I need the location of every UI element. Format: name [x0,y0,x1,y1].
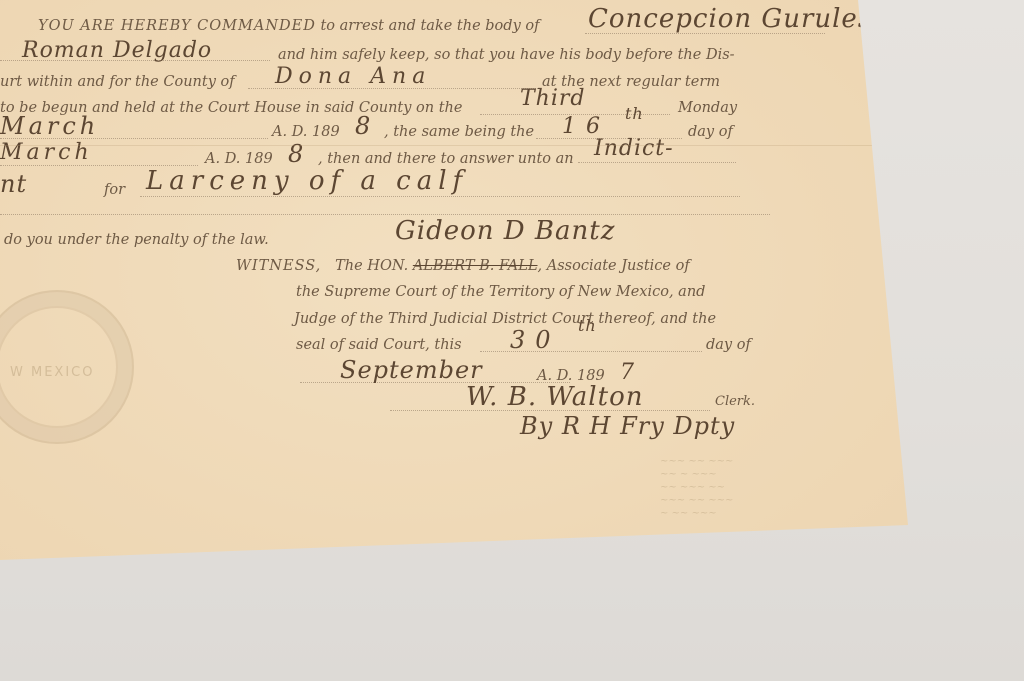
printed-line-3a: urt within and for the County of [0,74,235,90]
judge-signature: Gideon D Bantz [395,216,615,246]
hon-label: The HON. [335,258,408,274]
witness-day: 30 [510,326,561,354]
deputy-signature: By R H Fry Dpty [520,412,735,440]
fill-line [0,214,770,215]
indictment-end: nt [0,170,27,198]
clerk-label: Clerk. [715,394,755,409]
fill-line [140,196,740,197]
fill-line [578,162,736,163]
printed-line-7b: for [104,182,125,198]
struck-justice-name: ALBERT B. FALL [413,258,538,274]
printed-line-6b: , then and there to answer unto an [318,151,574,167]
command-phrase: YOU ARE HEREBY COMMANDED [38,18,316,34]
day-1-suffix: th [625,104,644,123]
witness-line-4a: seal of said Court, this [296,337,462,353]
witness-month: September [340,356,483,384]
clerk-signature: W. B. Walton [466,382,643,412]
witness-line-2: the Supreme Court of the Territory of Ne… [296,284,705,300]
printed-line-6a: A. D. 189 [205,151,273,167]
charge-indictment: Indict- [594,136,674,161]
printed-line-1: YOU ARE HEREBY COMMANDED to arrest and t… [38,18,539,34]
witness-line-4b: day of [706,337,751,353]
defendant-2: Roman Delgado [22,38,212,63]
printed-line-5c: day of [688,124,733,140]
month-1: March [0,112,99,140]
associate-justice-label: , Associate Justice of [538,258,690,274]
witness-line-3: Judge of the Third Judicial District Cou… [294,311,716,327]
printed-line-5b: , the same being the [384,124,534,140]
seal-text: W MEXICO [10,365,94,380]
ordinal: Third [520,86,585,111]
printed-line-4b: Monday [678,100,737,116]
witness-day-suffix: th [578,316,597,335]
fill-line [0,138,268,139]
printed-line-2: and him safely keep, so that you have hi… [278,47,735,63]
witness-label: WITNESS, [236,258,321,274]
year-digit-1: 8 [355,112,371,140]
reverse-bleedthrough: ~~~ ~~ ~~~~~ ~ ~~~~~ ~~~ ~~~~~ ~~ ~~~~ ~… [660,455,733,520]
printed-line-8: do you under the penalty of the law. [4,232,269,248]
command-rest: to arrest and take the body of [320,18,539,34]
month-2: March [0,140,93,165]
county: Dona Ana [275,64,431,89]
year-digit-2: 8 [288,140,304,168]
defendant-1: Concepcion Gurules, [588,4,881,34]
charge: Larceny of a calf [146,166,468,196]
witness-line-1: WITNESS, The HON. ALBERT B. FALL, Associ… [236,258,690,274]
printed-line-5a: A. D. 189 [272,124,340,140]
